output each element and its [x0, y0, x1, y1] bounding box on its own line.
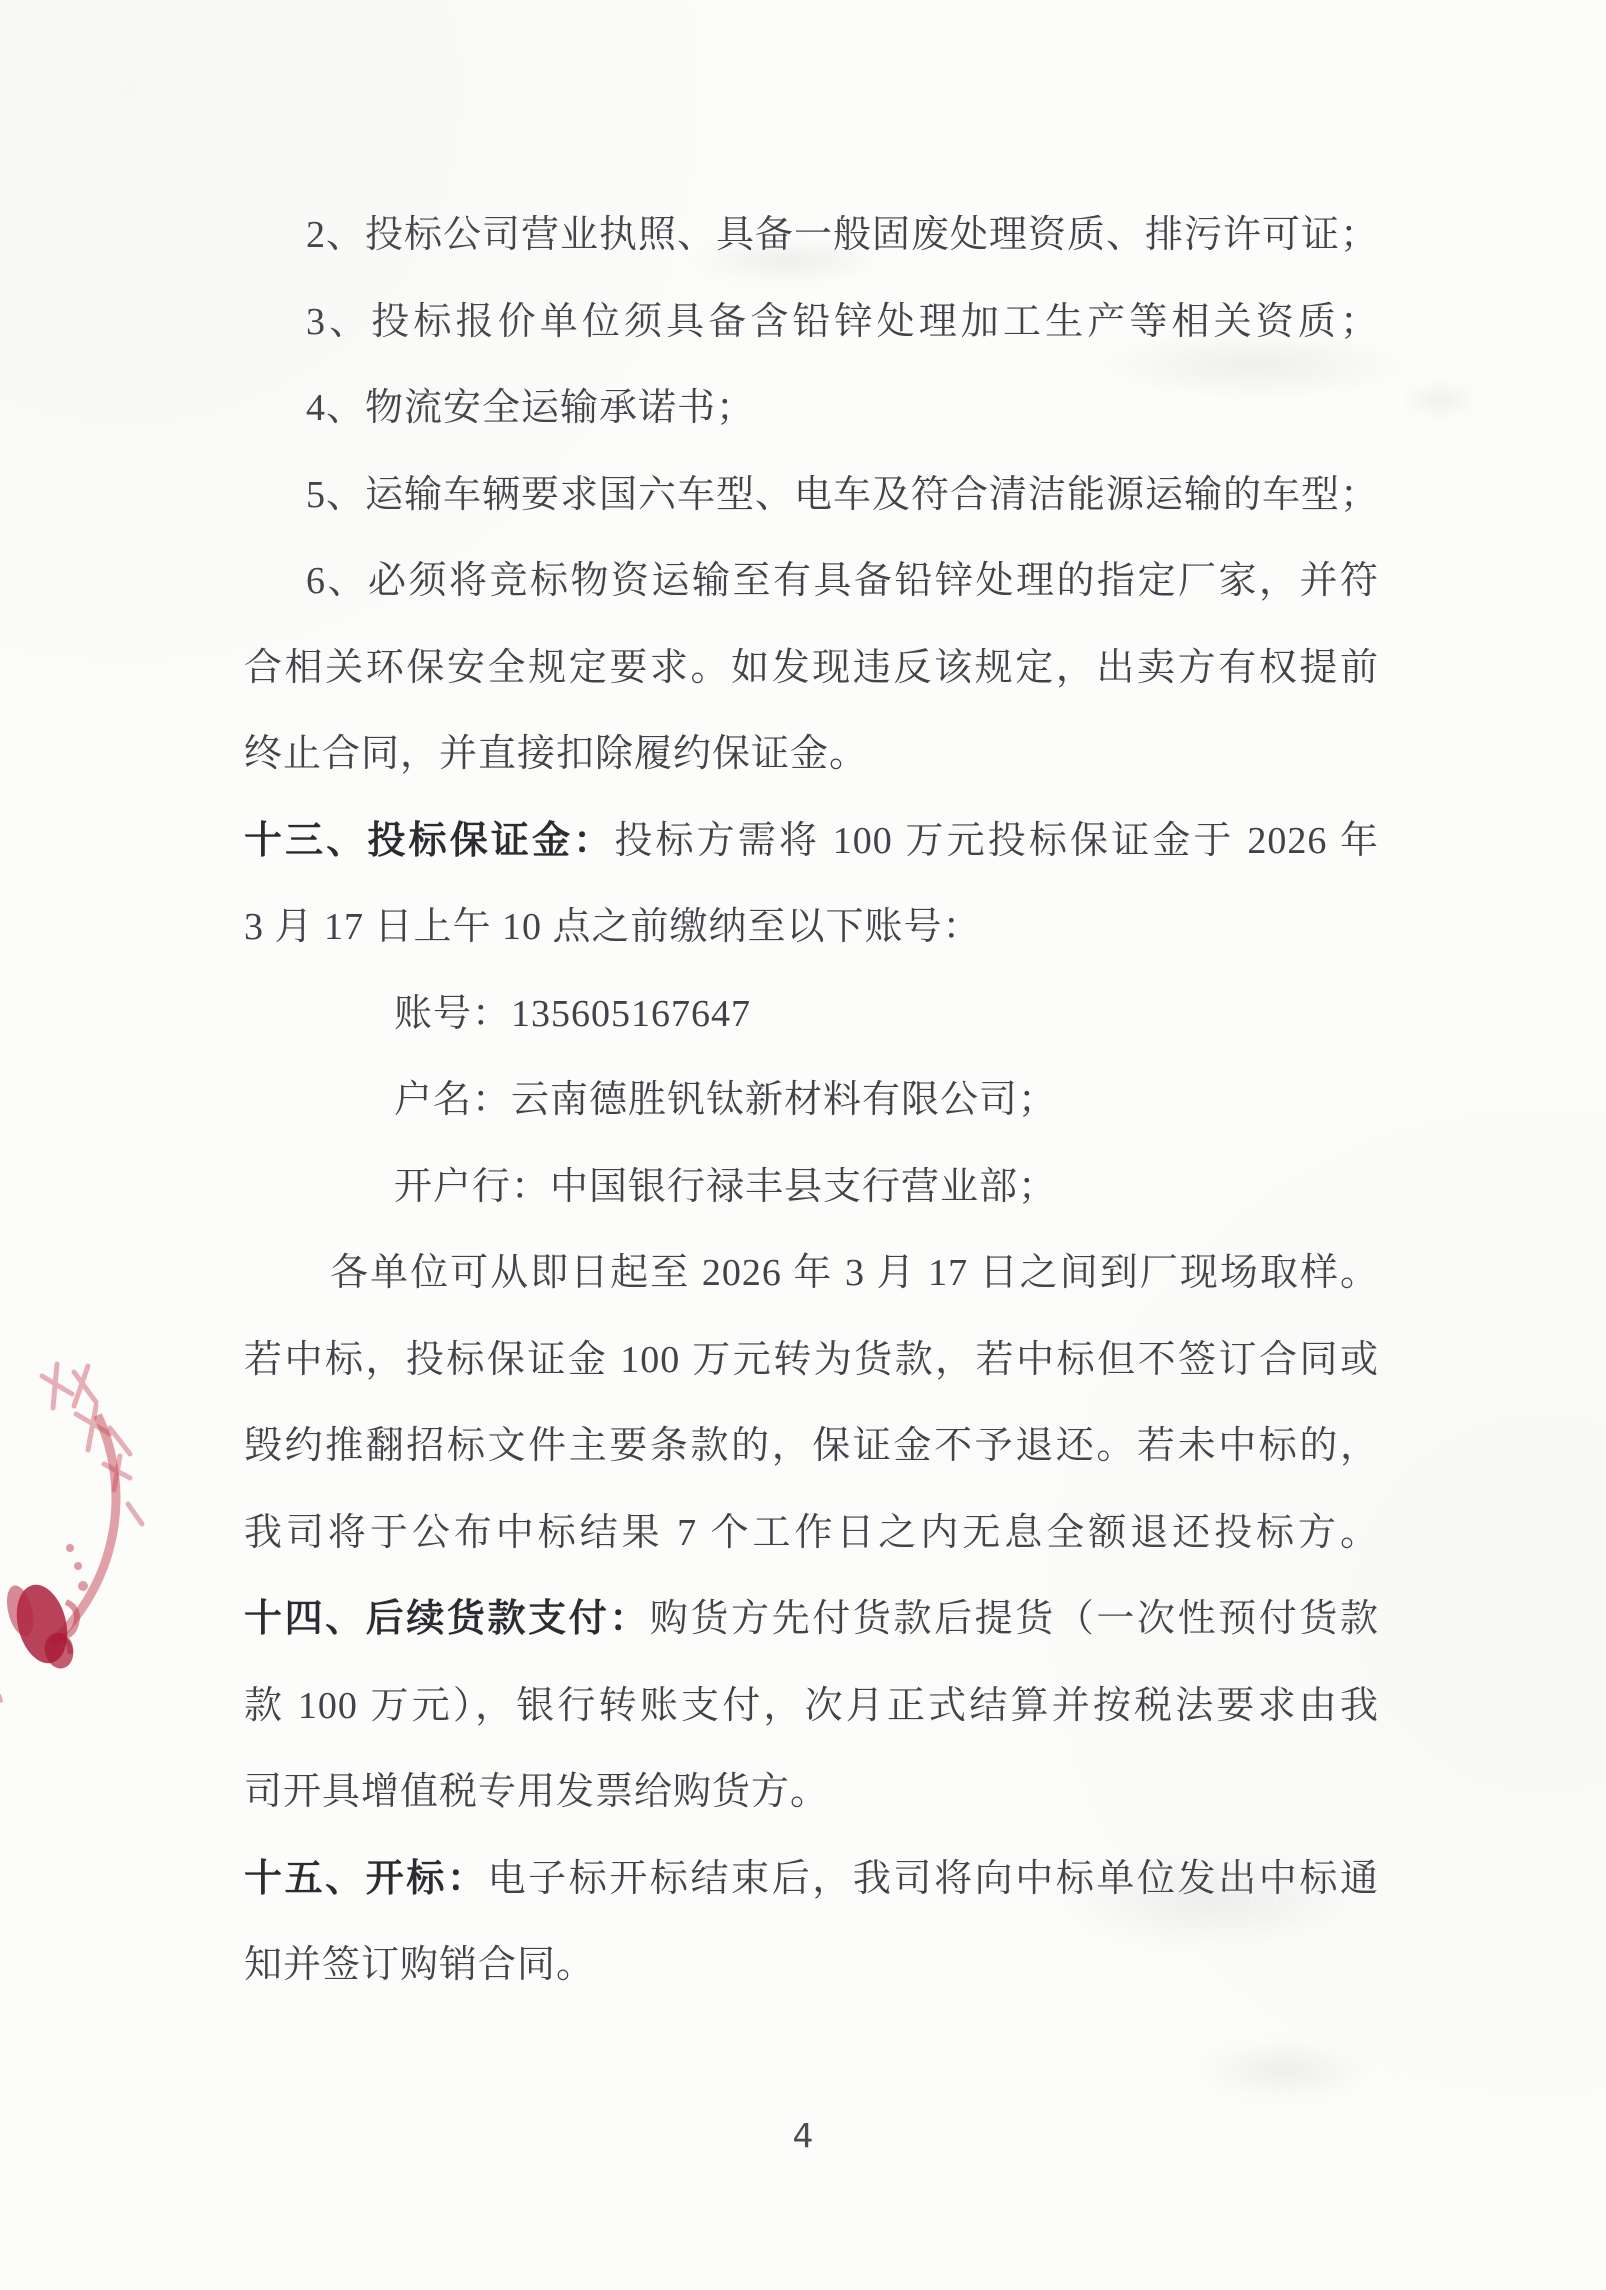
text-line: 十四、后续货款支付：购货方先付货款后提货（一次性预付货款	[244, 1576, 1379, 1663]
text-line: 4、物流安全运输承诺书；	[244, 365, 1379, 452]
text-line: 毁约推翻招标文件主要条款的，保证金不予退还。若未中标的，	[244, 1403, 1379, 1490]
bleedthrough-smudge	[1400, 380, 1480, 420]
text-line: 司开具增值税专用发票给购货方。	[244, 1749, 1379, 1836]
text-line: 终止合同，并直接扣除履约保证金。	[244, 711, 1379, 798]
text-line: 知并签订购销合同。	[244, 1922, 1379, 2009]
text-line: 户名：云南德胜钒钛新材料有限公司；	[244, 1057, 1379, 1144]
text-line: 3、投标报价单位须具备含铅锌处理加工生产等相关资质；	[244, 279, 1379, 366]
text-line: 若中标，投标保证金 100 万元转为货款，若中标但不签订合同或	[244, 1317, 1379, 1404]
text-line: 6、必须将竞标物资运输至有具备铅锌处理的指定厂家，并符	[244, 538, 1379, 625]
heading-label: 十五、开标：	[244, 1858, 488, 1900]
text-line: 2、投标公司营业执照、具备一般固废处理资质、排污许可证；	[244, 192, 1379, 279]
text-line: 账号：135605167647	[244, 971, 1379, 1058]
text-line: 5、运输车辆要求国六车型、电车及符合清洁能源运输的车型；	[244, 452, 1379, 539]
text-line: 我司将于公布中标结果 7 个工作日之内无息全额退还投标方。	[244, 1490, 1379, 1577]
text-line: 3 月 17 日上午 10 点之前缴纳至以下账号：	[244, 884, 1379, 971]
text-line: 十五、开标：电子标开标结束后，我司将向中标单位发出中标通	[244, 1836, 1379, 1923]
scanned-document-page: 2、投标公司营业执照、具备一般固废处理资质、排污许可证；3、投标报价单位须具备含…	[0, 0, 1606, 2290]
text-line: 开户行：中国银行禄丰县支行营业部；	[244, 1144, 1379, 1231]
text-line: 款 100 万元），银行转账支付，次月正式结算并按税法要求由我	[244, 1663, 1379, 1750]
text-line: 合相关环保安全规定要求。如发现违反该规定，出卖方有权提前	[244, 625, 1379, 712]
heading-label: 十三、投标保证金：	[244, 820, 614, 862]
official-seal-partial	[0, 1306, 152, 1726]
bleedthrough-smudge	[1200, 2040, 1370, 2100]
text-line: 各单位可从即日起至 2026 年 3 月 17 日之间到厂现场取样。	[244, 1230, 1379, 1317]
page-number: 4	[0, 2116, 1606, 2155]
heading-label: 十四、后续货款支付：	[244, 1598, 650, 1640]
document-body: 2、投标公司营业执照、具备一般固废处理资质、排污许可证；3、投标报价单位须具备含…	[244, 192, 1379, 2009]
text-line: 十三、投标保证金：投标方需将 100 万元投标保证金于 2026 年	[244, 798, 1379, 885]
